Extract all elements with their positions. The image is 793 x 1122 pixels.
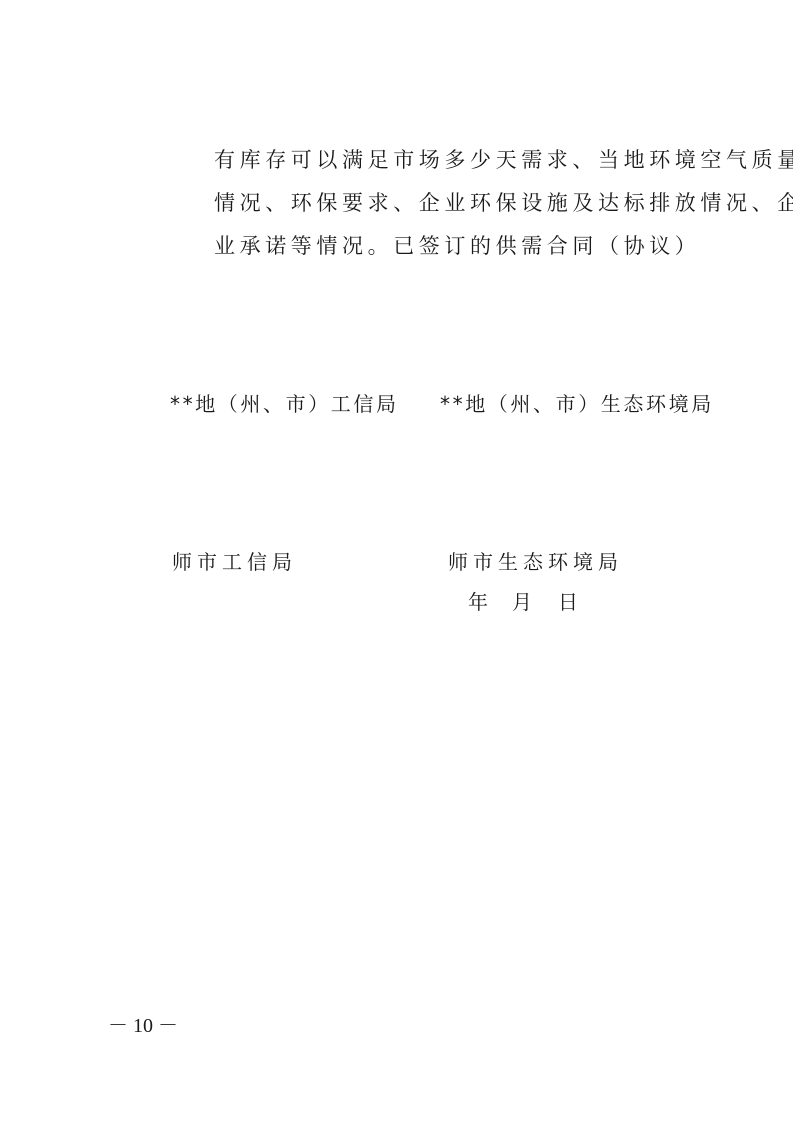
body-text-line-3: 业承诺等情况。已签订的供需合同（协议） (214, 232, 700, 260)
date-year: 年 (468, 589, 488, 615)
signature-prefecture-industry-bureau: **地（州、市）工信局 (170, 391, 399, 417)
signature-division-ecology-bureau: 师市生态环境局 (448, 549, 623, 575)
signature-date: 年月日 (468, 589, 578, 615)
signature-division-industry-bureau: 师市工信局 (172, 549, 297, 575)
body-text-line-1: 有库存可以满足市场多少天需求、当地环境空气质量 (214, 146, 793, 174)
date-day: 日 (558, 589, 578, 615)
date-month: 月 (512, 589, 532, 615)
signature-prefecture-ecology-bureau: **地（州、市）生态环境局 (440, 391, 714, 417)
page-number: － 10 － (108, 1014, 178, 1038)
body-text-line-2: 情况、环保要求、企业环保设施及达标排放情况、企 (214, 189, 793, 217)
document-page: 有库存可以满足市场多少天需求、当地环境空气质量 情况、环保要求、企业环保设施及达… (0, 0, 793, 1122)
